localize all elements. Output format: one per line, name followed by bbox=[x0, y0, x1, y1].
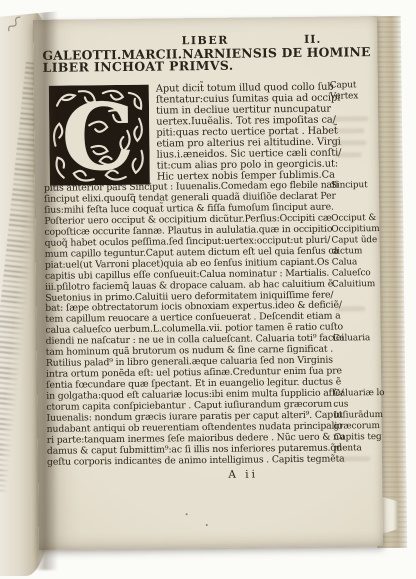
margin-note: menta bbox=[334, 443, 362, 453]
body-line: geſtu corporis indicantes de animo intel… bbox=[47, 454, 345, 468]
margin-note: Sinciput bbox=[331, 180, 368, 190]
margin-note: Caluariæ lo bbox=[333, 388, 384, 399]
woodcut-initial-c: C bbox=[49, 85, 150, 186]
margin-note: Caluaria bbox=[333, 333, 371, 343]
margin-note: Calua bbox=[332, 257, 358, 267]
margin-note: græcorum bbox=[334, 421, 380, 432]
margin-note: Vertex bbox=[330, 91, 358, 101]
margin-note: cus bbox=[333, 399, 348, 409]
book-photo: LIBER II. GALEOTTI.MARCII.NARNIENSIS DE … bbox=[0, 0, 416, 579]
margin-note: Caluitium bbox=[332, 279, 375, 289]
initial-letter: C bbox=[61, 85, 135, 186]
margin-note: Occipitium bbox=[331, 224, 379, 235]
paper-speck bbox=[206, 524, 208, 526]
margin-note: Caput ũde bbox=[331, 235, 377, 246]
margin-note: dictum bbox=[332, 246, 363, 256]
paper-speck bbox=[186, 513, 188, 515]
margin-note: Caput bbox=[330, 80, 357, 90]
margin-note: Iuſiurãdum bbox=[333, 410, 383, 421]
margin-note: Occiput & bbox=[331, 213, 376, 224]
body-text-block: pitis anterior pars Sinciput : Iuuenalis… bbox=[44, 180, 346, 468]
margin-note: Capitis teg bbox=[334, 432, 382, 443]
quire-signature: A ii bbox=[188, 468, 298, 481]
book-page: LIBER II. GALEOTTI.MARCII.NARNIENSIS DE … bbox=[33, 16, 383, 550]
opening-paragraph: Aput dicit̃ totum illud quod collo ſub ſ… bbox=[156, 81, 342, 183]
margin-note: Calueſco bbox=[332, 268, 371, 278]
chapter-title-line-2: LIBER INCHOAT PRIMVS. bbox=[42, 58, 233, 75]
